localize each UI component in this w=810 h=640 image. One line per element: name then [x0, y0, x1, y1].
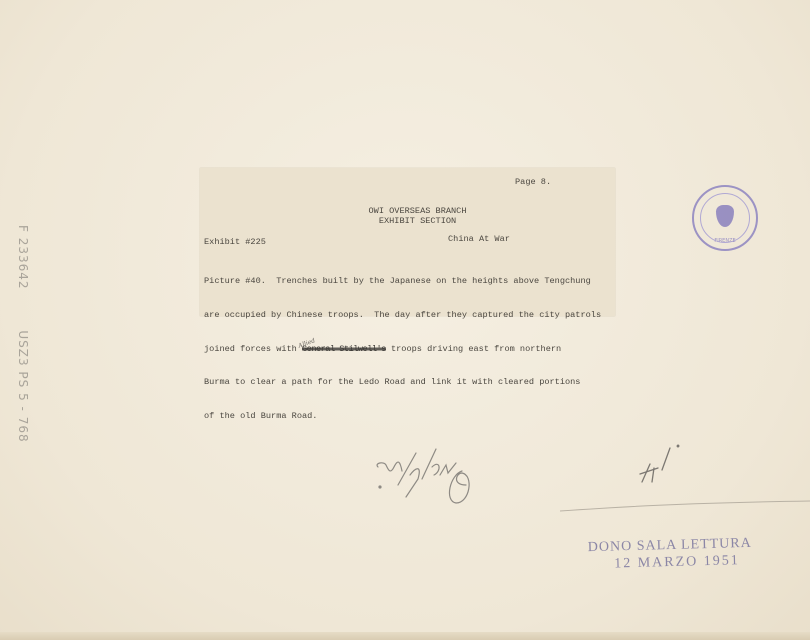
paper-bottom-edge	[0, 632, 810, 640]
exhibit-number: Exhibit #225	[204, 237, 266, 248]
caption-text: Picture #40. Trenches built by the Japan…	[204, 254, 609, 444]
pencil-line	[560, 495, 810, 515]
stamp-ring-text: FIRENZE	[694, 238, 756, 244]
caption-line: are occupied by Chinese troops. The day …	[204, 310, 609, 321]
donation-stamp: DONO SALA LETTURA 12 MARZO 1951	[588, 535, 753, 573]
shield-icon	[716, 205, 734, 227]
series-title: China At War	[448, 234, 510, 245]
side-annotation-id: F 233642	[16, 225, 30, 290]
label-header: OWI OVERSEAS BRANCH EXHIBIT SECTION	[200, 206, 615, 226]
page-number: Page 8.	[515, 177, 551, 188]
caption-label: Page 8. OWI OVERSEAS BRANCH EXHIBIT SECT…	[200, 168, 615, 316]
branch-title: OWI OVERSEAS BRANCH	[200, 206, 615, 216]
side-annotation-code: USZ3 PS 5 - 768	[16, 330, 30, 442]
caption-line: Picture #40. Trenches built by the Japan…	[204, 276, 609, 287]
side-annotation: F 233642 USZ3 PS 5 - 768	[16, 225, 30, 479]
caption-line: Burma to clear a path for the Ledo Road …	[204, 377, 609, 388]
caption-line: of the old Burma Road.	[204, 411, 609, 422]
caption-line: joined forces with General Stilwell's tr…	[204, 344, 609, 355]
handwritten-signature	[370, 445, 510, 515]
caption-fragment: joined forces with	[204, 344, 302, 354]
handwritten-mark	[636, 444, 686, 494]
caption-fragment: troops driving east from northern	[386, 344, 561, 354]
library-circular-stamp: FIRENZE	[692, 185, 758, 251]
section-title: EXHIBIT SECTION	[200, 216, 615, 226]
